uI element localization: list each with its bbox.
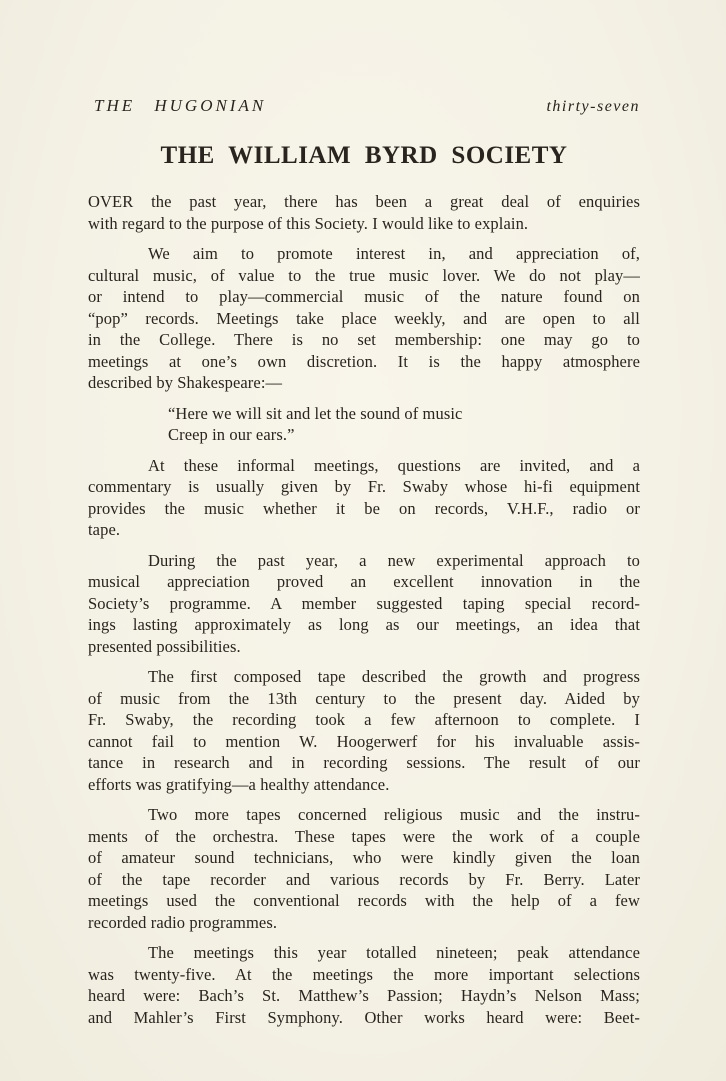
text-line: meetings used the conventional records w… (88, 890, 640, 912)
text-line: ings lasting approximately as long as ou… (88, 614, 640, 636)
paragraph: During the past year, a new experimental… (88, 550, 640, 658)
text-line: ments of the orchestra. These tapes were… (88, 826, 640, 848)
text-line: presented possibilities. (88, 636, 640, 658)
text-line: meetings at one’s own discretion. It is … (88, 351, 640, 373)
paragraph: Two more tapes concerned religious music… (88, 804, 640, 933)
text-line: Society’s programme. A member suggested … (88, 593, 640, 615)
text-line: heard were: Bach’s St. Matthew’s Passion… (88, 985, 640, 1007)
text-line: The first composed tape described the gr… (88, 666, 640, 688)
page-number: thirty-seven (546, 97, 640, 117)
text-line: or intend to play—commercial music of th… (88, 286, 640, 308)
text-line: commentary is usually given by Fr. Swaby… (88, 476, 640, 498)
paragraph: The meetings this year totalled nineteen… (88, 942, 640, 1028)
text-line: in the College. There is no set membersh… (88, 329, 640, 351)
paragraph: At these informal meetings, questions ar… (88, 455, 640, 541)
text-line: efforts was gratifying—a healthy attenda… (88, 774, 640, 796)
text-line: of music from the 13th century to the pr… (88, 688, 640, 710)
text-line: musical appreciation proved an excellent… (88, 571, 640, 593)
text-line: cannot fail to mention W. Hoogerwerf for… (88, 731, 640, 753)
text-line: During the past year, a new experimental… (88, 550, 640, 572)
running-head: THE HUGONIAN thirty-seven (88, 96, 640, 117)
text-line: OVER the past year, there has been a gre… (88, 191, 640, 213)
paragraph: The first composed tape described the gr… (88, 666, 640, 795)
text-line: and Mahler’s First Symphony. Other works… (88, 1007, 640, 1029)
scanned-page: THE HUGONIAN thirty-seven THE WILLIAM BY… (0, 0, 726, 1081)
article-body: OVER the past year, there has been a gre… (88, 191, 640, 1028)
text-line: provides the music whether it be on reco… (88, 498, 640, 520)
text-line: of amateur sound technicians, who were k… (88, 847, 640, 869)
text-line: with regard to the purpose of this Socie… (88, 213, 640, 235)
text-line: At these informal meetings, questions ar… (88, 455, 640, 477)
text-line: Fr. Swaby, the recording took a few afte… (88, 709, 640, 731)
text-line: cultural music, of value to the true mus… (88, 265, 640, 287)
article-title: THE WILLIAM BYRD SOCIETY (88, 143, 640, 169)
journal-title: THE HUGONIAN (88, 96, 266, 116)
text-line: recorded radio programmes. (88, 912, 640, 934)
paragraph: OVER the past year, there has been a gre… (88, 191, 640, 234)
text-line: of the tape recorder and various records… (88, 869, 640, 891)
text-line: described by Shakespeare:— (88, 372, 640, 394)
text-line: “pop” records. Meetings take place weekl… (88, 308, 640, 330)
text-line: Creep in our ears.” (168, 424, 640, 446)
text-line: Two more tapes concerned religious music… (88, 804, 640, 826)
quote-block: “Here we will sit and let the sound of m… (88, 403, 640, 446)
paragraph: We aim to promote interest in, and appre… (88, 243, 640, 394)
text-line: “Here we will sit and let the sound of m… (168, 403, 640, 425)
text-line: The meetings this year totalled nineteen… (88, 942, 640, 964)
text-line: We aim to promote interest in, and appre… (88, 243, 640, 265)
text-line: tape. (88, 519, 640, 541)
text-line: tance in research and in recording sessi… (88, 752, 640, 774)
text-line: was twenty-five. At the meetings the mor… (88, 964, 640, 986)
